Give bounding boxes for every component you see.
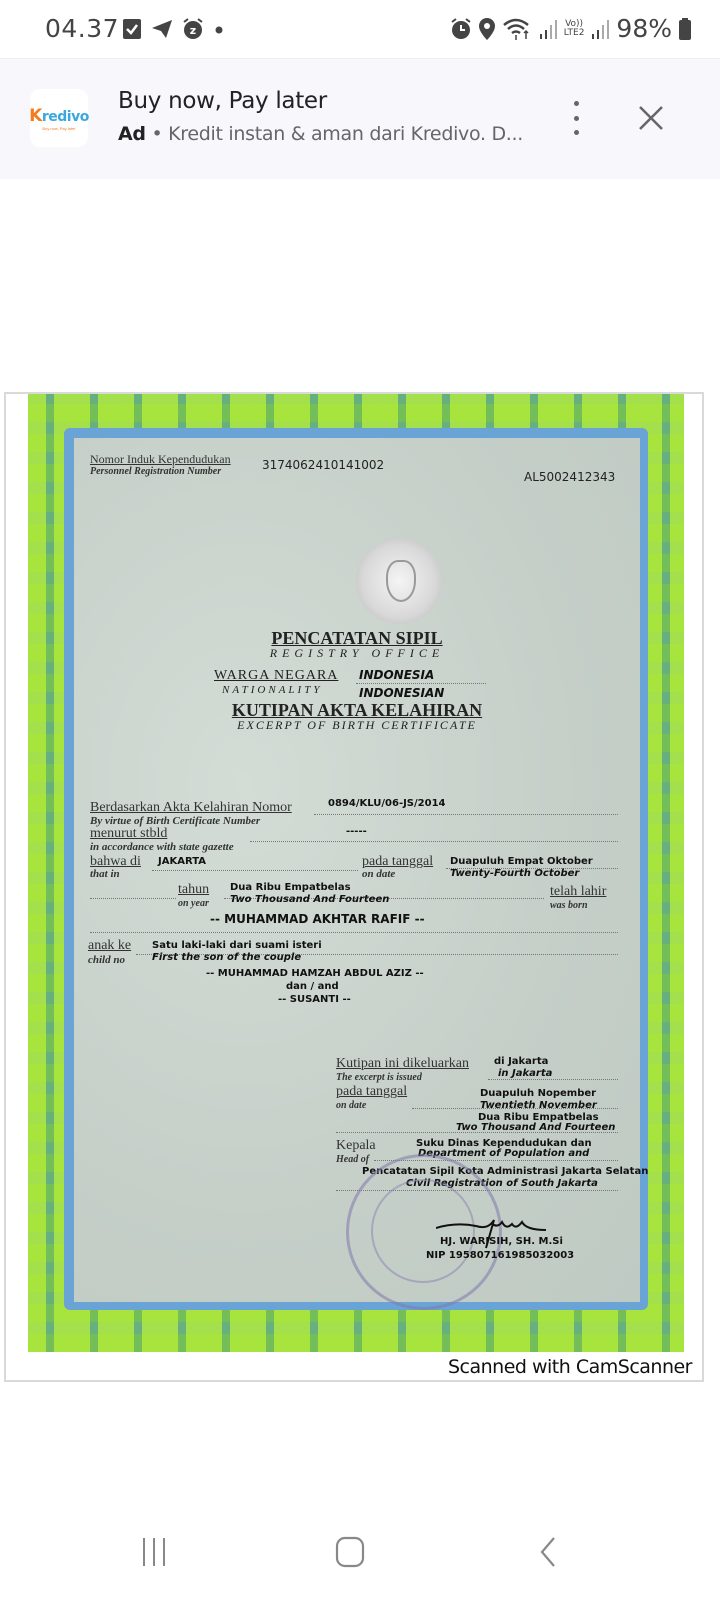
head-label: Kepala	[336, 1138, 376, 1154]
nik-label-en: Personnel Registration Number	[90, 466, 221, 477]
notification-icons: z	[122, 18, 226, 40]
stbld-label: menurut stbld	[90, 826, 167, 842]
ad-badge: Ad	[118, 123, 146, 145]
birth-certificate: Nomor Induk Kependudukan Personnel Regis…	[28, 394, 684, 1352]
father-name: -- MUHAMMAD HAMZAH ABDUL AZIZ --	[206, 968, 424, 979]
office-title-en: REGISTRY OFFICE	[74, 646, 640, 661]
certificate-paper: Nomor Induk Kependudukan Personnel Regis…	[74, 438, 640, 1302]
ad-title[interactable]: Buy now, Pay later	[118, 88, 327, 114]
ad-banner[interactable]: Kredivo Buy now, Pay later Buy now, Pay …	[0, 58, 720, 179]
camscanner-watermark: Scanned with CamScanner	[448, 1356, 692, 1378]
issued-place-en: in Jakarta	[498, 1068, 552, 1079]
signatory-nip: NIP 195807161985032003	[426, 1250, 574, 1261]
hologram-seal	[356, 538, 442, 624]
navigation-bar	[0, 1504, 720, 1600]
recents-icon[interactable]	[134, 1534, 174, 1570]
ad-description-line[interactable]: Ad • Kredit instan & aman dari Kredivo. …	[118, 123, 523, 145]
back-icon[interactable]	[528, 1534, 568, 1570]
home-icon[interactable]	[330, 1534, 370, 1570]
signatory-name: HJ. WARISIH, SH. M.Si	[440, 1236, 563, 1247]
date-value-en: Twenty-Fourth October	[450, 868, 579, 879]
status-bar: 04.37 z Vo)) LTE2 98%	[0, 0, 720, 58]
wifi-icon	[502, 17, 532, 41]
date-label-en: on date	[362, 868, 395, 880]
child-no-label: anak ke	[88, 938, 131, 954]
document-title-en: EXCERPT OF BIRTH CERTIFICATE	[74, 718, 640, 733]
child-no-value: Satu laki-laki dari suami isteri	[152, 940, 322, 951]
serial-number: AL5002412343	[524, 470, 615, 484]
kredivo-logo[interactable]: Kredivo Buy now, Pay later	[30, 89, 88, 147]
and-text: dan / and	[286, 981, 339, 992]
issued-year-en: Two Thousand And Fourteen	[456, 1122, 615, 1133]
signal-sim2-icon	[590, 17, 610, 41]
mother-name: -- SUSANTI --	[278, 994, 351, 1005]
ad-description: Kredit instan & aman dari Kredivo. D...	[168, 123, 523, 145]
born-label: telah lahir	[550, 884, 606, 900]
year-value-en: Two Thousand And Fourteen	[230, 894, 389, 905]
checkbox-notification-icon	[122, 18, 142, 40]
close-icon[interactable]	[634, 101, 668, 135]
nationality-value-en: INDONESIAN	[359, 686, 444, 700]
date-value: Duapuluh Empat Oktober	[450, 856, 593, 867]
nationality-label-en: NATIONALITY	[222, 684, 322, 696]
volte-lte2-icon: Vo)) LTE2	[564, 20, 585, 38]
kredivo-brand: Kredivo	[29, 106, 89, 126]
battery-icon	[678, 17, 692, 41]
kredivo-tagline: Buy now, Pay later	[42, 126, 75, 131]
ad-separator: •	[151, 123, 162, 145]
stbld-value: -----	[346, 826, 367, 837]
issued-date-label: pada tanggal	[336, 1084, 407, 1100]
battery-percent: 98%	[616, 14, 672, 43]
telegram-icon	[150, 18, 174, 40]
issued-date-label-en: on date	[336, 1100, 366, 1111]
status-time: 04.37	[45, 14, 119, 43]
document-image[interactable]: Nomor Induk Kependudukan Personnel Regis…	[4, 392, 704, 1382]
nik-value: 3174062410141002	[262, 458, 384, 472]
more-options-icon[interactable]	[566, 101, 586, 135]
dot-icon	[212, 18, 226, 40]
cert-no-value: 0894/KLU/06-JS/2014	[328, 798, 446, 809]
born-label-en: was born	[550, 900, 588, 911]
issued-label: Kutipan ini dikeluarkan	[336, 1056, 469, 1072]
alarm-icon	[450, 17, 472, 41]
issued-place: di Jakarta	[494, 1056, 548, 1067]
head-label-en: Head of	[336, 1154, 369, 1165]
alarm-snooze-icon: z	[182, 18, 204, 40]
place-value: JAKARTA	[158, 856, 206, 867]
year-value: Dua Ribu Empatbelas	[230, 882, 351, 893]
year-label-en: on year	[178, 898, 209, 909]
child-no-label-en: child no	[88, 954, 125, 966]
location-icon	[478, 17, 496, 41]
year-label: tahun	[178, 882, 209, 898]
nationality-label: WARGA NEGARA	[214, 668, 338, 684]
cert-no-label: Berdasarkan Akta Kelahiran Nomor	[90, 800, 292, 816]
child-no-value-en: First the son of the couple	[152, 952, 301, 963]
place-label-en: that in	[90, 868, 120, 880]
issued-label-en: The excerpt is issued	[336, 1072, 422, 1083]
system-icons: Vo)) LTE2 98%	[450, 14, 692, 43]
stbld-label-en: in accordance with state gazette	[90, 841, 234, 853]
issued-date-en: Twentieth November	[480, 1100, 597, 1111]
issued-date: Duapuluh Nopember	[480, 1088, 596, 1099]
child-name: -- MUHAMMAD AKHTAR RAFIF --	[210, 912, 425, 926]
nationality-value: INDONESIA	[359, 668, 434, 682]
nik-label: Nomor Induk Kependudukan	[90, 452, 231, 467]
svg-text:z: z	[190, 24, 196, 37]
signal-sim1-icon	[538, 17, 558, 41]
